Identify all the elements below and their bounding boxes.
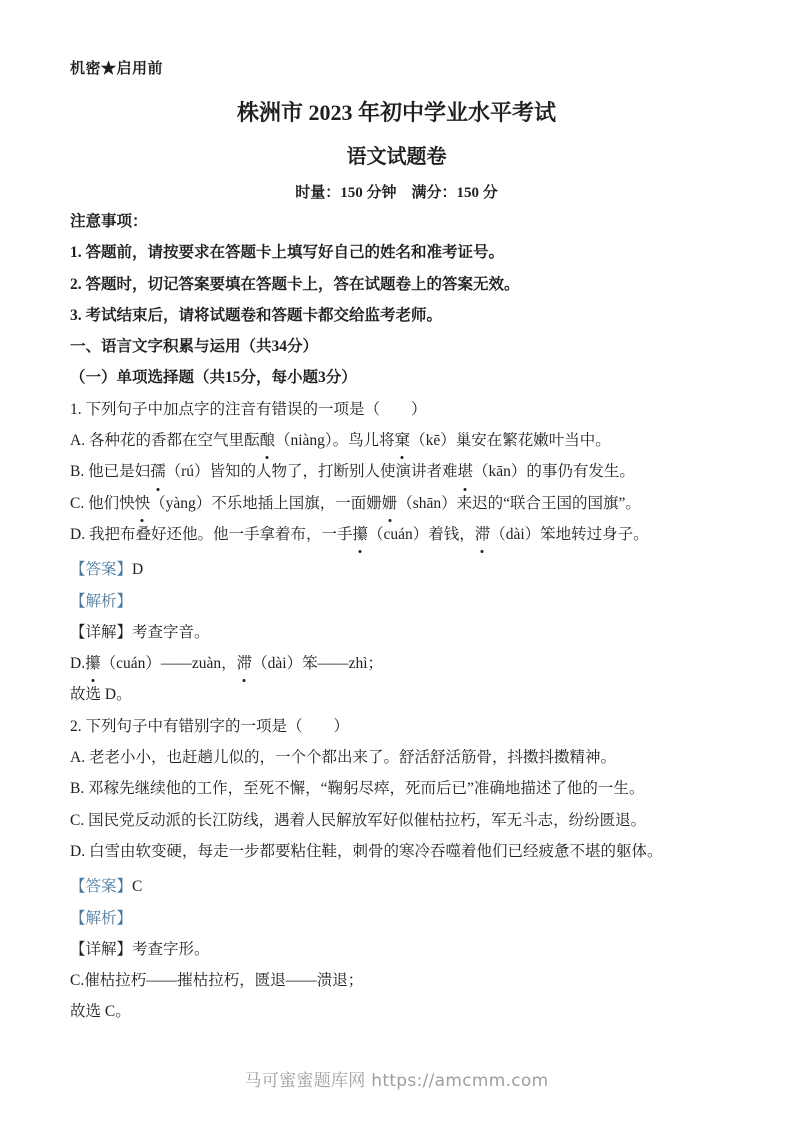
text-segment: （cuán）着钱， [368, 526, 475, 543]
notices-heading: 注意事项： [70, 206, 730, 237]
question-1-detail-line: 【详解】考查字音。 [70, 617, 730, 648]
text-segment: C. 他们怏 [70, 495, 135, 512]
answer-value: C [132, 878, 142, 895]
detail-text: 考查字形。 [132, 941, 210, 958]
answer-value: D [132, 561, 143, 578]
section-heading: 一、语言文字积累与运用（共34分） [70, 331, 730, 362]
question-2-option-d: D. 白雪由软变硬，每走一步都要粘住鞋，刺骨的寒冷吞噬着他们已经疲惫不堪的躯体。 [70, 836, 730, 867]
text-segment: （kān）的事仍有发生。 [473, 463, 635, 480]
text-segment: （cuán）——zuàn， [101, 655, 237, 672]
question-1-correction-line: D.攥（cuán）——zuàn，滞（dài）笨——zhì； [70, 648, 730, 679]
emphasized-char: 滞 [237, 648, 253, 679]
document-body: 注意事项： 1. 答题前，请按要求在答题卡上填写好自己的姓名和准考证号。 2. … [70, 206, 730, 1028]
emphasized-char: 窠 [395, 425, 411, 456]
text-segment: （dài）笨——zhì； [252, 655, 383, 672]
time-score-info: 时量：150 分钟 满分：150 分 [0, 181, 793, 202]
question-2-option-b: B. 邓稼先继续他的工作，至死不懈，“鞠躬尽瘁，死而后已”准确地描述了他的一生。 [70, 773, 730, 804]
paper-title: 语文试题卷 [0, 140, 793, 169]
notice-item-3: 3. 考试结束后，请将试题卷和答题卡都交给监考老师。 [70, 300, 730, 331]
question-2-answer-line: 【答案】C [70, 871, 730, 902]
question-1-option-a: A. 各种花的香都在空气里酝酿（niàng）。鸟儿将窠（kē）巢安在繁花嫩叶当中… [70, 425, 730, 456]
text-segment: （shān）来迟的“联合王国的国旗”。 [397, 495, 641, 512]
emphasized-char: 滞 [475, 519, 491, 550]
text-segment: （niàng）。鸟儿将 [275, 432, 395, 449]
emphasized-char: 怏 [135, 488, 151, 519]
text-segment: B. 他已是妇 [70, 463, 150, 480]
text-segment: （dài）笨地转过身子。 [490, 526, 648, 543]
question-1-option-c: C. 他们怏怏（yàng）不乐地插上国旗，一面姗姗（shān）来迟的“联合王国的… [70, 488, 730, 519]
text-segment: （rú）皆知的人物了，打断别人使演讲者难 [166, 463, 458, 480]
emphasized-char: 姗 [382, 488, 398, 519]
emphasized-char: 孺 [150, 456, 166, 487]
detail-label: 【详解】 [70, 624, 132, 641]
emphasized-char: 堪 [458, 456, 474, 487]
exam-document-page: 机密★启用前 株洲市 2023 年初中学业水平考试 语文试题卷 时量：150 分… [0, 0, 793, 1122]
text-segment: D. 我把布叠好还他。他一手拿着布，一手 [70, 526, 352, 543]
notice-item-2: 2. 答题时，切记答案要填在答题卡上，答在试题卷上的答案无效。 [70, 269, 730, 300]
analysis-label: 【解析】 [70, 910, 132, 927]
emphasized-char: 攥 [352, 519, 368, 550]
detail-text: 考查字音。 [132, 624, 210, 641]
question-2-stem: 2. 下列句子中有错别字的一项是（ ） [70, 711, 730, 742]
question-2-option-c: C. 国民党反动派的长江防线，遇着人民解放军好似催枯拉朽，军无斗志，纷纷匮退。 [70, 805, 730, 836]
question-1-stem: 1. 下列句子中加点字的注音有错误的一项是（ ） [70, 394, 730, 425]
text-segment: （kē）巢安在繁花嫩叶当中。 [410, 432, 611, 449]
question-2-detail-line: 【详解】考查字形。 [70, 934, 730, 965]
question-1-answer-line: 【答案】D [70, 554, 730, 585]
detail-label: 【详解】 [70, 941, 132, 958]
emphasized-char: 攥 [85, 648, 101, 679]
answer-label: 【答案】 [70, 878, 132, 895]
footer-watermark: 马可蜜蜜题库网 https://amcmm.com [0, 1066, 793, 1091]
notice-item-1: 1. 答题前，请按要求在答题卡上填写好自己的姓名和准考证号。 [70, 237, 730, 268]
exam-title: 株洲市 2023 年初中学业水平考试 [0, 96, 793, 127]
question-2-conclusion-line: 故选 C。 [70, 996, 730, 1027]
question-1-conclusion-line: 故选 D。 [70, 679, 730, 710]
question-1-analysis-line: 【解析】 [70, 586, 730, 617]
classification-label: 机密★启用前 [70, 57, 163, 78]
analysis-label: 【解析】 [70, 593, 132, 610]
question-1-option-d: D. 我把布叠好还他。他一手拿着布，一手攥（cuán）着钱，滞（dài）笨地转过… [70, 519, 730, 550]
emphasized-char: 酿 [259, 425, 275, 456]
question-2-option-a: A. 老老小小，也赶趟儿似的，一个个都出来了。舒活舒活筋骨，抖擞抖擞精神。 [70, 742, 730, 773]
answer-label: 【答案】 [70, 561, 132, 578]
question-2-analysis-line: 【解析】 [70, 903, 730, 934]
subsection-heading: （一）单项选择题（共15分，每小题3分） [70, 362, 730, 393]
text-segment: D. [70, 655, 85, 672]
question-1-option-b: B. 他已是妇孺（rú）皆知的人物了，打断别人使演讲者难堪（kān）的事仍有发生… [70, 456, 730, 487]
text-segment: （yàng）不乐地插上国旗，一面姗 [150, 495, 382, 512]
text-segment: A. 各种花的香都在空气里酝 [70, 432, 259, 449]
question-2-correction-line: C.催枯拉朽——摧枯拉朽，匮退——溃退； [70, 965, 730, 996]
